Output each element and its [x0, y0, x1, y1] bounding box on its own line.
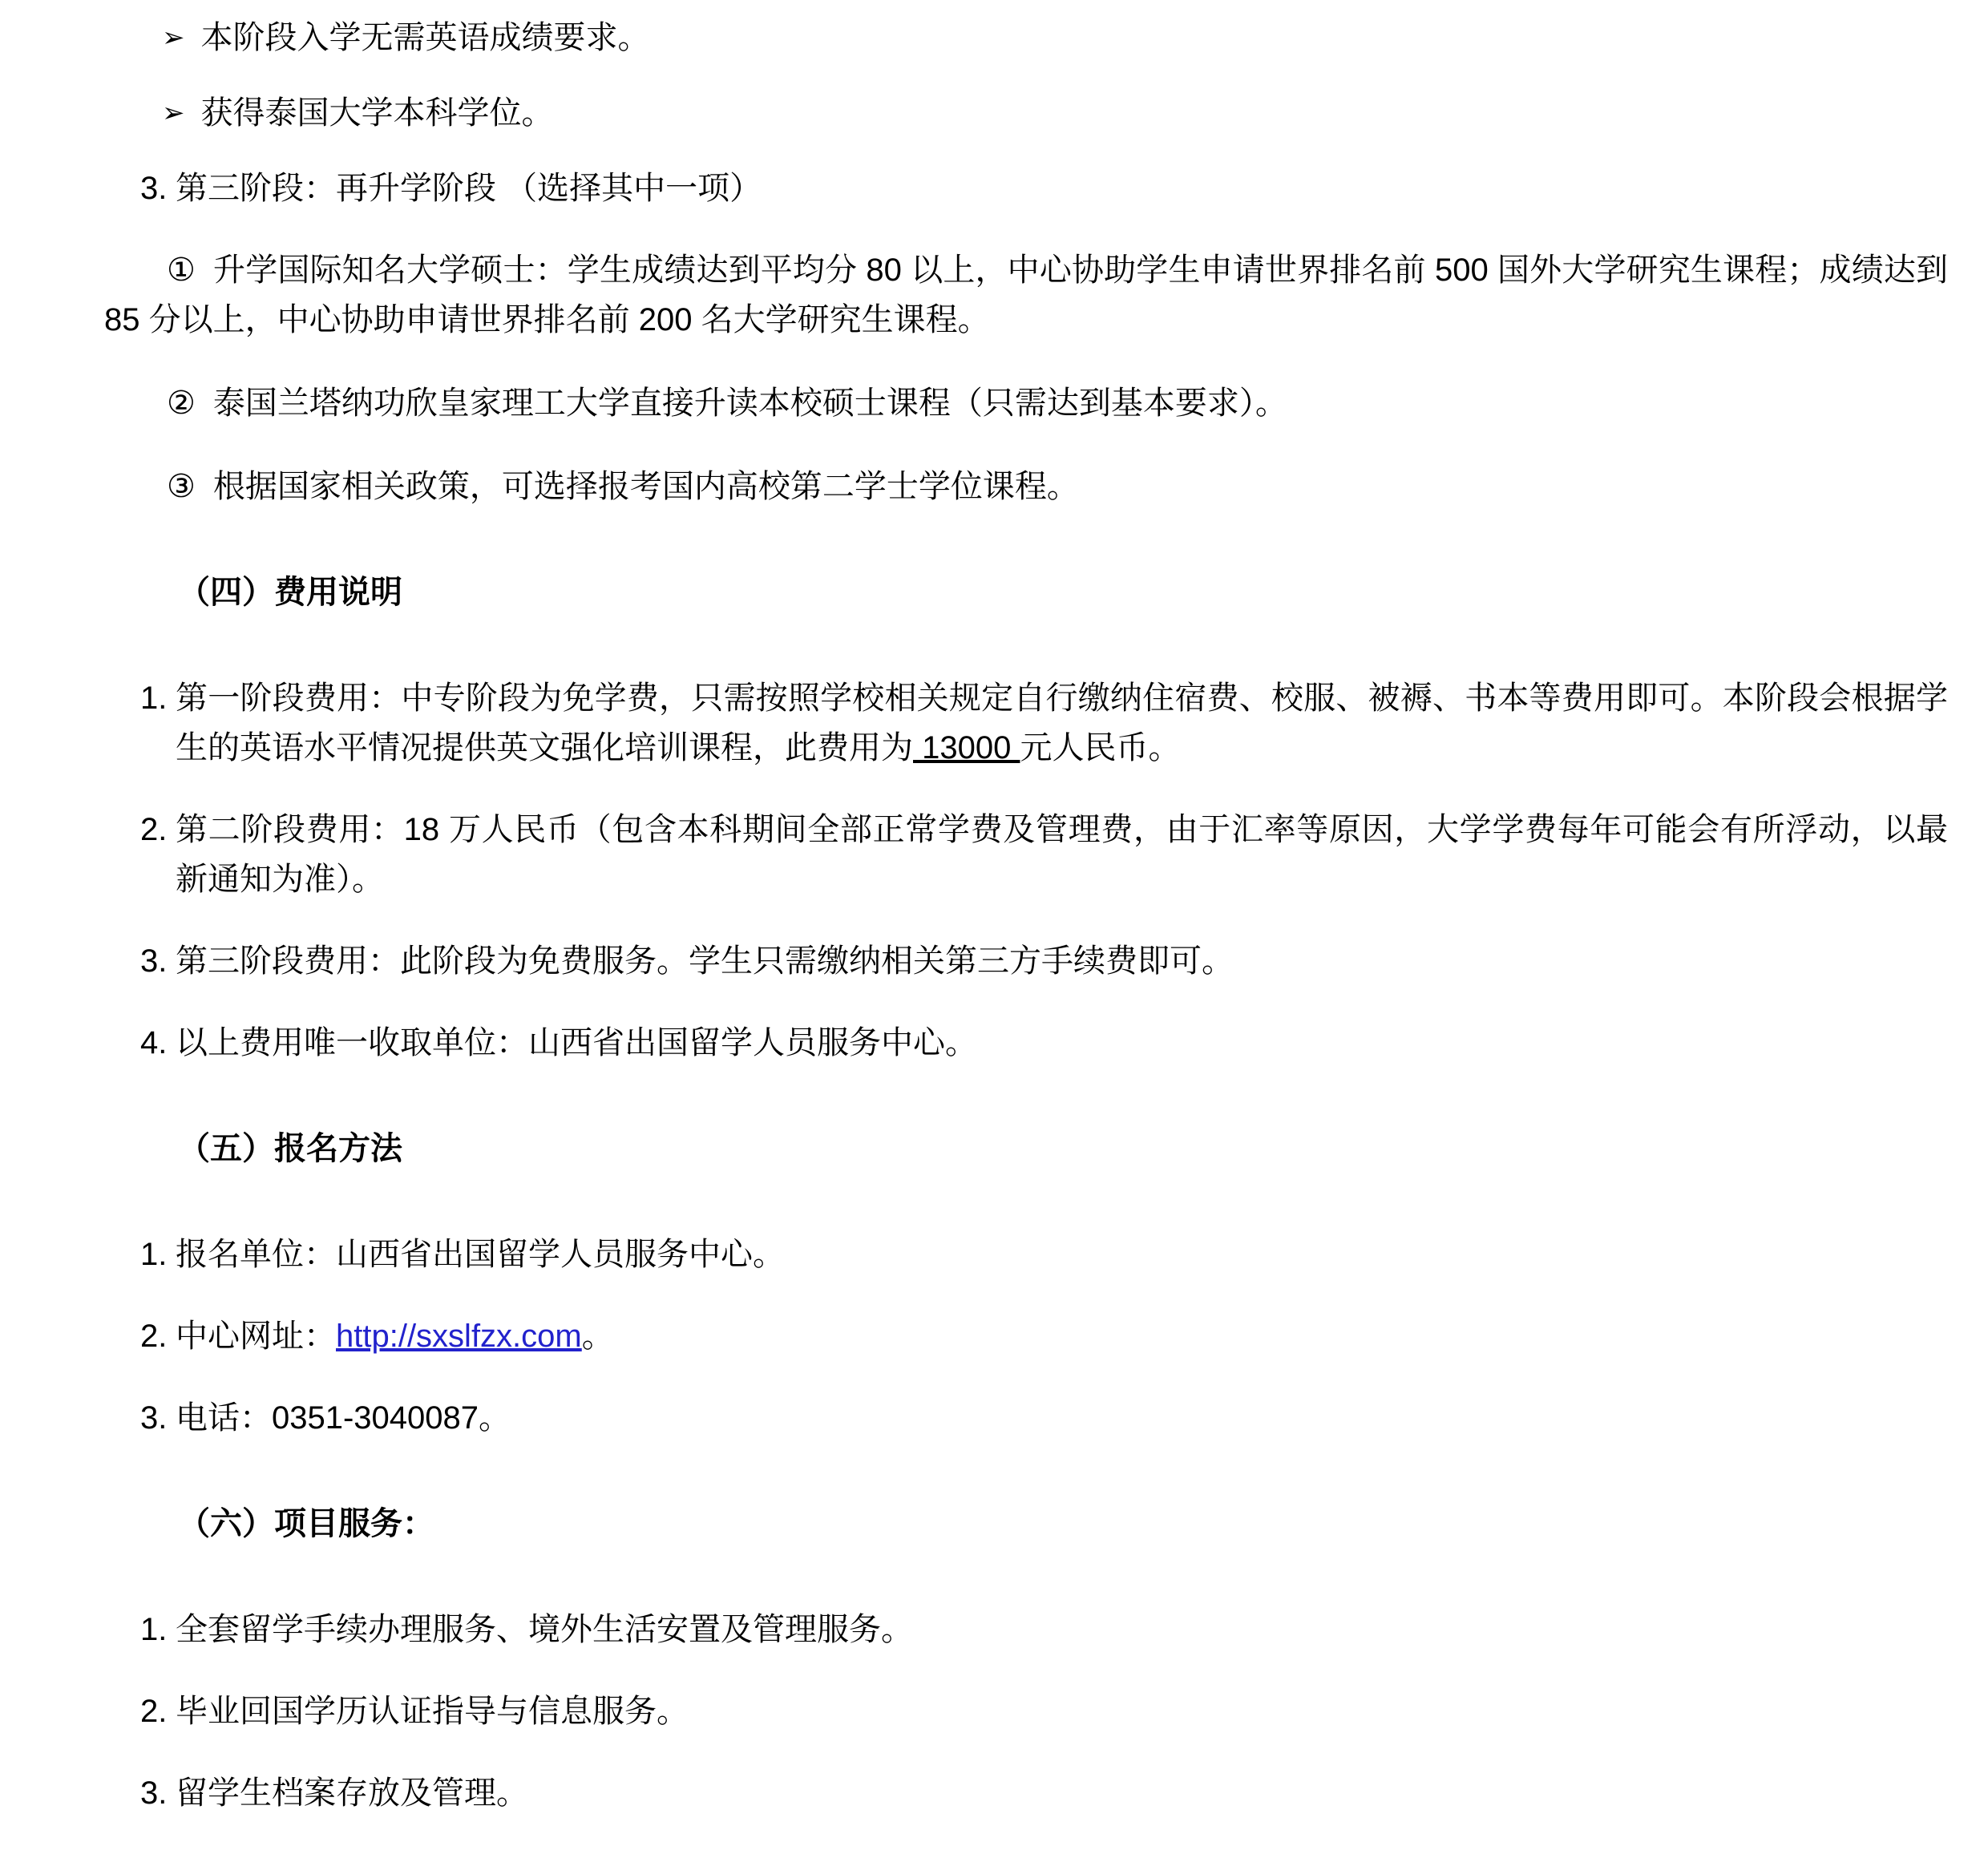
document-page: ➢ 本阶段入学无需英语成绩要求。 ➢ 获得泰国大学本科学位。 3. 第三阶段：再…	[0, 0, 1988, 1850]
list-item: 1. 全套留学手续办理服务、境外生活安置及管理服务。	[140, 1605, 1948, 1654]
fee-amount: 13000	[913, 730, 1020, 765]
list-text: 全套留学手续办理服务、境外生活安置及管理服务。	[176, 1605, 1948, 1654]
list-number: 3.	[140, 1393, 176, 1443]
list-number: 1.	[140, 1605, 176, 1654]
bullet-text: 本阶段入学无需英语成绩要求。	[201, 13, 650, 63]
list-text: 毕业回国学历认证指导与信息服务。	[176, 1686, 1948, 1736]
list-number: 2.	[140, 1311, 176, 1361]
list-item: 4. 以上费用唯一收取单位：山西省出国留学人员服务中心。	[140, 1018, 1948, 1068]
bullet-text: 获得泰国大学本科学位。	[201, 88, 554, 138]
circled-number-icon: ②	[167, 386, 196, 421]
circled-number-icon: ③	[167, 469, 196, 504]
list-number: 2.	[140, 1686, 176, 1736]
list-text: 留学生档案存放及管理。	[176, 1768, 1948, 1818]
list-number: 4.	[140, 1018, 176, 1068]
list-item: 2. 中心网址：http://sxslfzx.com。	[140, 1311, 1948, 1361]
list-text: 第二阶段费用：18 万人民币（包含本科期间全部正常学费及管理费，由于汇率等原因，…	[176, 805, 1948, 904]
circled-number-icon: ①	[167, 252, 196, 288]
list-number: 1.	[140, 673, 176, 773]
list-item: ➢ 本阶段入学无需英语成绩要求。	[162, 13, 1948, 63]
list-text: 中心网址：http://sxslfzx.com。	[176, 1311, 1948, 1361]
arrow-bullet-icon: ➢	[162, 13, 185, 63]
list-text: 以上费用唯一收取单位：山西省出国留学人员服务中心。	[176, 1018, 1948, 1068]
section-heading-services: （六）项目服务：	[178, 1499, 1948, 1549]
list-item: 1. 报名单位：山西省出国留学人员服务中心。	[140, 1230, 1948, 1279]
phone-text: 电话：0351-3040087。	[176, 1393, 1948, 1443]
arrow-bullet-icon: ➢	[162, 88, 185, 138]
list-item: 1. 第一阶段费用：中专阶段为免学费，只需按照学校相关规定自行缴纳住宿费、校服、…	[140, 673, 1948, 773]
section-heading-signup: （五）报名方法	[178, 1124, 1948, 1173]
list-item: 3. 第三阶段：再升学阶段 （选择其中一项）	[140, 164, 1948, 213]
section-heading-fees: （四）费用说明	[178, 568, 1948, 617]
list-item: 2. 毕业回国学历认证指导与信息服务。	[140, 1686, 1948, 1736]
list-number: 3.	[140, 1768, 176, 1818]
website-label: 中心网址：	[176, 1319, 336, 1354]
list-item: 3. 第三阶段费用：此阶段为免费服务。学生只需缴纳相关第三方手续费即可。	[140, 936, 1948, 986]
fee-text-suffix: 元人民币。	[1020, 730, 1180, 765]
website-suffix: 。	[582, 1319, 614, 1354]
option-text: 根据国家相关政策，可选择报考国内高校第二学士学位课程。	[213, 469, 1079, 504]
list-item: 3. 电话：0351-3040087。	[140, 1393, 1948, 1443]
list-item: ➢ 获得泰国大学本科学位。	[162, 88, 1948, 138]
list-number: 2.	[140, 805, 176, 904]
list-item: 2. 第二阶段费用：18 万人民币（包含本科期间全部正常学费及管理费，由于汇率等…	[140, 805, 1948, 904]
list-item: 3. 留学生档案存放及管理。	[140, 1768, 1948, 1818]
stage3-title: 第三阶段：再升学阶段 （选择其中一项）	[176, 164, 1948, 213]
list-item: ③根据国家相关政策，可选择报考国内高校第二学士学位课程。	[104, 462, 1948, 511]
center-website-link[interactable]: http://sxslfzx.com	[336, 1319, 582, 1354]
option-text: 升学国际知名大学硕士：学生成绩达到平均分 80 以上，中心协助学生申请世界排名前…	[104, 252, 1948, 337]
list-number: 3.	[140, 936, 176, 986]
list-number: 1.	[140, 1230, 176, 1279]
list-item: ②泰国兰塔纳功欣皇家理工大学直接升读本校硕士课程（只需达到基本要求）。	[104, 378, 1948, 428]
list-item: ①升学国际知名大学硕士：学生成绩达到平均分 80 以上，中心协助学生申请世界排名…	[104, 245, 1948, 345]
list-text: 报名单位：山西省出国留学人员服务中心。	[176, 1230, 1948, 1279]
list-text: 第三阶段费用：此阶段为免费服务。学生只需缴纳相关第三方手续费即可。	[176, 936, 1948, 986]
list-text: 第一阶段费用：中专阶段为免学费，只需按照学校相关规定自行缴纳住宿费、校服、被褥、…	[176, 673, 1948, 773]
option-text: 泰国兰塔纳功欣皇家理工大学直接升读本校硕士课程（只需达到基本要求）。	[213, 386, 1287, 421]
list-number: 3.	[140, 164, 176, 213]
